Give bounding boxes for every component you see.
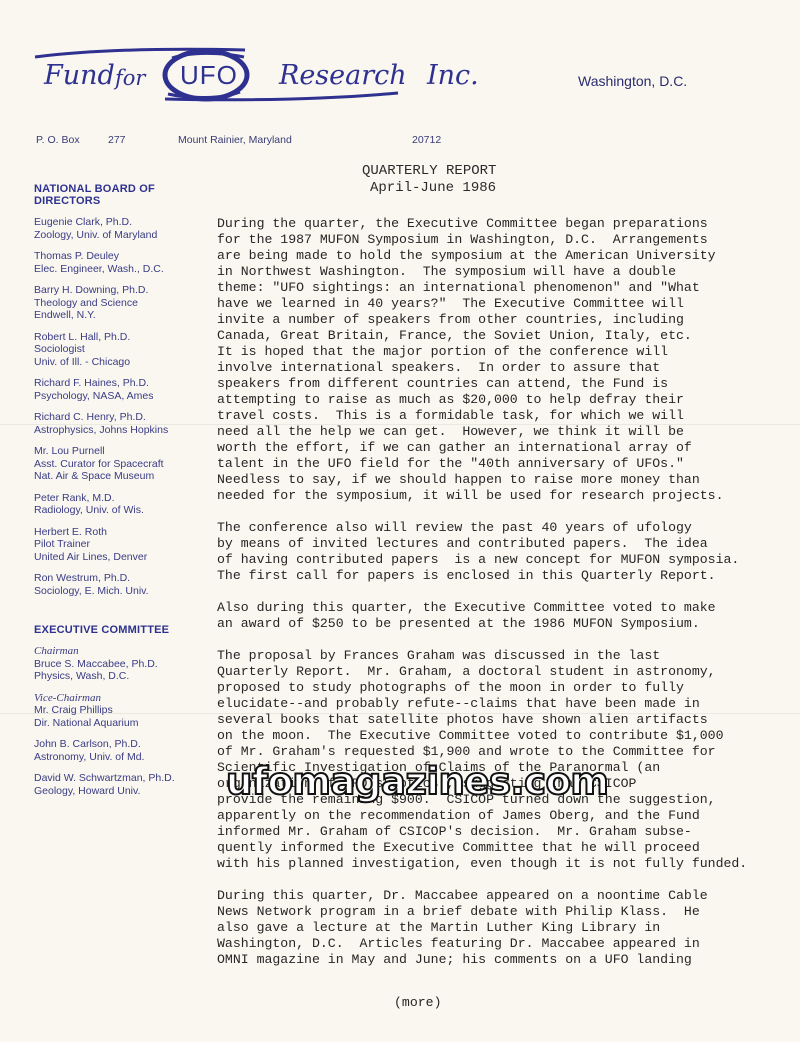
member-affiliation: Univ. of Ill. - Chicago [34,356,214,369]
body-paragraph: Also during this quarter, the Executive … [217,600,777,632]
member-affiliation: Astrophysics, Johns Hopkins [34,424,214,437]
report-title: QUARTERLY REPORT [362,163,496,179]
member-affiliation: Sociology, E. Mich. Univ. [34,585,214,598]
logo-text-research: Research [279,60,407,91]
member-name: Barry H. Downing, Ph.D. [34,284,214,297]
member-name: Richard F. Haines, Ph.D. [34,377,214,390]
letter-page: Fund for UFO Research Inc. Washington, D… [0,0,800,1042]
exec-member: John B. Carlson, Ph.D.Astronomy, Univ. o… [34,738,214,763]
logo-text-for: for [115,66,145,90]
member-name: Peter Rank, M.D. [34,492,214,505]
continuation-marker: (more) [394,995,441,1010]
board-member: Mr. Lou PurnellAsst. Curator for Spacecr… [34,445,214,483]
member-affiliation: Asst. Curator for Spacecraft [34,458,214,471]
member-affiliation: Theology and Science [34,297,214,310]
member-affiliation: United Air Lines, Denver [34,551,214,564]
sidebar-directors: NATIONAL BOARD OF DIRECTORS Eugenie Clar… [34,183,214,806]
board-member: Thomas P. DeuleyElec. Engineer, Wash., D… [34,250,214,275]
exec-member: ChairmanBruce S. Maccabee, Ph.D.Physics,… [34,645,214,683]
board-member: Eugenie Clark, Ph.D.Zoology, Univ. of Ma… [34,216,214,241]
member-affiliation: Sociologist [34,343,214,356]
member-affiliation: Dir. National Aquarium [34,717,214,730]
exec-committee-heading: EXECUTIVE COMMITTEE [34,624,214,636]
board-member: Barry H. Downing, Ph.D.Theology and Scie… [34,284,214,322]
logo-text-ufo: UFO [180,60,238,91]
body-paragraph: During this quarter, Dr. Maccabee appear… [217,888,777,968]
member-name: Ron Westrum, Ph.D. [34,572,214,585]
member-role: Chairman [34,645,214,658]
member-name: Mr. Craig Phillips [34,704,214,717]
member-affiliation: Astronomy, Univ. of Md. [34,751,214,764]
member-name: Bruce S. Maccabee, Ph.D. [34,658,214,671]
board-heading: NATIONAL BOARD OF DIRECTORS [34,183,214,207]
member-affiliation: Radiology, Univ. of Wis. [34,504,214,517]
board-list: Eugenie Clark, Ph.D.Zoology, Univ. of Ma… [34,216,214,597]
logo-text-inc: Inc. [427,60,479,91]
board-member: Robert L. Hall, Ph.D.SociologistUniv. of… [34,331,214,369]
member-role: Vice-Chairman [34,692,214,705]
member-affiliation: Psychology, NASA, Ames [34,390,214,403]
body-paragraph: During the quarter, the Executive Commit… [217,216,777,504]
member-name: Richard C. Henry, Ph.D. [34,411,214,424]
member-affiliation: Physics, Wash, D.C. [34,670,214,683]
member-name: Thomas P. Deuley [34,250,214,263]
member-name: Robert L. Hall, Ph.D. [34,331,214,344]
po-box-number: 277 [108,134,126,146]
member-affiliation: Zoology, Univ. of Maryland [34,229,214,242]
address-zip: 20712 [412,134,441,146]
board-member: Richard F. Haines, Ph.D.Psychology, NASA… [34,377,214,402]
board-member: Richard C. Henry, Ph.D.Astrophysics, Joh… [34,411,214,436]
board-member: Ron Westrum, Ph.D.Sociology, E. Mich. Un… [34,572,214,597]
address-city-state: Mount Rainier, Maryland [178,134,292,146]
board-member: Peter Rank, M.D.Radiology, Univ. of Wis. [34,492,214,517]
body-paragraph: The conference also will review the past… [217,520,777,584]
member-name: Mr. Lou Purnell [34,445,214,458]
member-name: Herbert E. Roth [34,526,214,539]
organization-logo: Fund for UFO Research Inc. [0,0,800,130]
report-period: April-June 1986 [370,180,496,196]
logo-text-fund: Fund [44,60,115,91]
member-affiliation: Geology, Howard Univ. [34,785,214,798]
member-affiliation: Pilot Trainer [34,538,214,551]
po-box-label: P. O. Box [36,134,80,146]
letterhead-city: Washington, D.C. [578,73,687,89]
member-name: John B. Carlson, Ph.D. [34,738,214,751]
member-affiliation: Endwell, N.Y. [34,309,214,322]
exec-member: David W. Schwartzman, Ph.D.Geology, Howa… [34,772,214,797]
report-body: During the quarter, the Executive Commit… [217,216,777,984]
exec-committee-list: ChairmanBruce S. Maccabee, Ph.D.Physics,… [34,645,214,797]
member-name: Eugenie Clark, Ph.D. [34,216,214,229]
board-member: Herbert E. RothPilot TrainerUnited Air L… [34,526,214,564]
watermark: ufomagazines.com [226,760,608,803]
exec-member: Vice-ChairmanMr. Craig PhillipsDir. Nati… [34,692,214,730]
member-affiliation: Nat. Air & Space Museum [34,470,214,483]
member-affiliation: Elec. Engineer, Wash., D.C. [34,263,214,276]
member-name: David W. Schwartzman, Ph.D. [34,772,214,785]
